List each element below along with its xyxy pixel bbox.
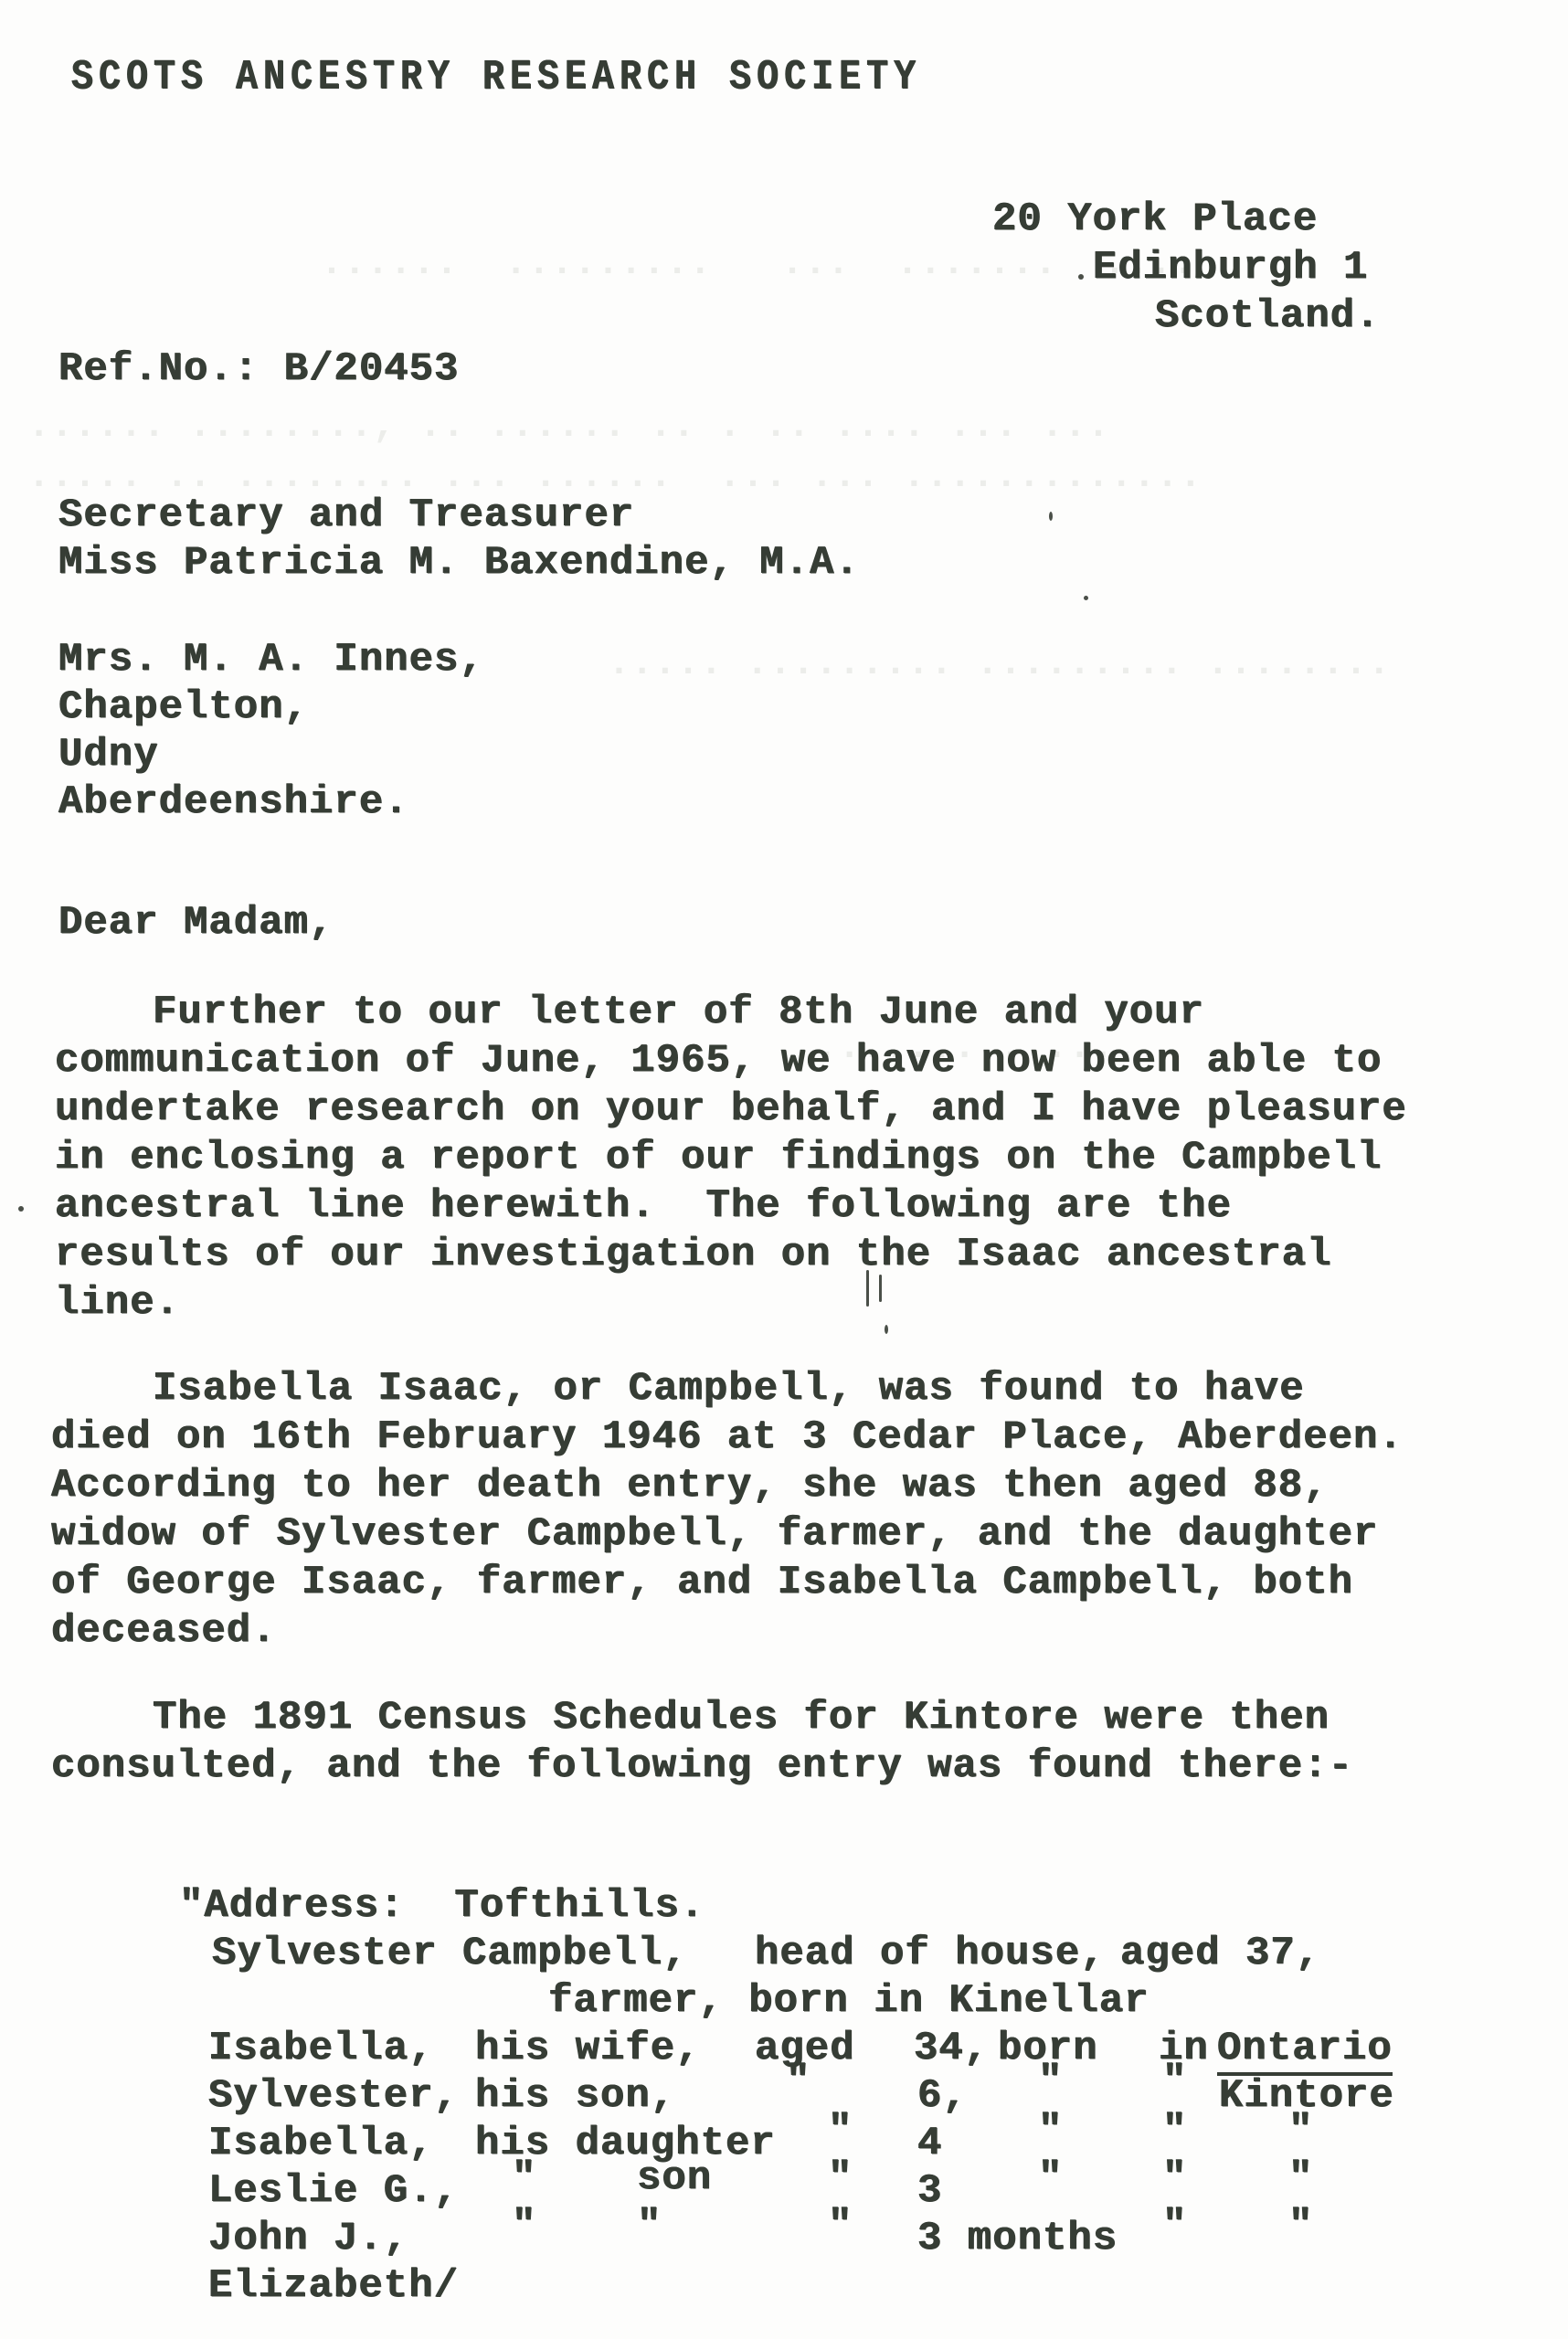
census-birthplace: Ontario <box>1217 2025 1393 2076</box>
paragraph-line: The 1891 Census Schedules for Kintore we… <box>27 1694 1330 1741</box>
census-name: Sylvester Campbell, <box>212 1930 688 1977</box>
census-ditto: " <box>1162 2107 1187 2154</box>
paragraph-line: communication of June, 1965, we have now… <box>55 1037 1382 1085</box>
census-ditto: " <box>828 2107 853 2154</box>
paragraph-line: died on 16th February 1946 at 3 Cedar Pl… <box>51 1413 1404 1461</box>
census-address: "Address: Tofthills. <box>179 1882 705 1930</box>
census-age: 3 <box>917 2167 942 2215</box>
census-relation: his son, <box>475 2072 675 2120</box>
census-name: Sylvester, <box>208 2072 459 2120</box>
census-name: Elizabeth/ <box>208 2262 459 2310</box>
paragraph-line: line. <box>55 1279 180 1327</box>
census-name: Isabella, <box>208 2120 434 2167</box>
census-age: aged 37, <box>1120 1930 1320 1977</box>
paragraph-line: Isabella Isaac, or Campbell, was found t… <box>27 1365 1305 1413</box>
census-relation: his wife, <box>475 2025 701 2072</box>
paragraph-line: consulted, and the following entry was f… <box>51 1742 1353 1790</box>
census-ditto: " <box>1162 2058 1187 2105</box>
paragraph-line: deceased. <box>51 1607 277 1655</box>
census-name: Isabella, <box>208 2025 434 2072</box>
officer-name: Miss Patricia M. Baxendine, M.A. <box>58 539 860 587</box>
paragraph-line: in enclosing a report of our findings on… <box>55 1134 1382 1181</box>
recipient-address-line-1: Chapelton, <box>58 683 309 731</box>
recipient-address-line-3: Aberdeenshire. <box>58 778 409 826</box>
census-ditto: " <box>1288 2107 1313 2154</box>
scan-speck <box>18 1206 24 1212</box>
paragraph-line: widow of Sylvester Campbell, farmer, and… <box>51 1510 1378 1558</box>
census-ditto: " <box>1162 2154 1187 2202</box>
letter-page: ...... ......... ... ....... .... ......… <box>0 0 1568 2339</box>
census-relation: " son <box>512 2154 712 2202</box>
salutation: Dear Madam, <box>58 899 334 947</box>
sender-address-line-2: Edinburgh 1 <box>1093 244 1368 291</box>
census-age: 6, <box>917 2072 968 2120</box>
paragraph-line: results of our investigation on the Isaa… <box>55 1231 1332 1278</box>
recipient-address-line-2: Udny <box>58 731 159 778</box>
census-ditto: " <box>1038 2154 1063 2202</box>
census-relation: " " <box>512 2202 662 2249</box>
officer-title: Secretary and Treasurer <box>58 492 634 539</box>
census-continuation: farmer, born in Kinellar <box>548 1977 1150 2025</box>
scan-speck <box>1049 512 1053 521</box>
census-ditto: " <box>786 2058 810 2105</box>
census-ditto: " <box>1288 2202 1313 2249</box>
census-age: 3 months <box>917 2215 1118 2262</box>
sender-address-line-1: 20 York Place <box>992 196 1318 243</box>
census-ditto: " <box>828 2154 853 2202</box>
sender-address-line-3: Scotland. <box>1155 292 1381 340</box>
paragraph-line: Further to our letter of 8th June and yo… <box>27 989 1204 1036</box>
reference-number: Ref.No.: B/20453 <box>58 345 459 393</box>
scan-speck <box>1078 274 1084 280</box>
scan-speck <box>866 1270 869 1307</box>
census-age: 4 <box>917 2120 942 2167</box>
paragraph-line: According to her death entry, she was th… <box>51 1462 1329 1509</box>
census-age: 34, <box>914 2025 989 2072</box>
census-name: Leslie G., <box>208 2167 459 2215</box>
scan-speck <box>879 1275 882 1302</box>
census-ditto: " <box>1038 2107 1063 2154</box>
census-relation: head of house, <box>755 1930 1106 1977</box>
census-ditto: " <box>1162 2202 1187 2249</box>
census-ditto: " <box>1288 2154 1313 2202</box>
paragraph-line: ancestral line herewith. The following a… <box>55 1182 1232 1230</box>
bleed-through-text: ...... ......... ... ....... .... <box>274 239 1218 287</box>
recipient-name: Mrs. M. A. Innes, <box>58 636 484 683</box>
census-ditto: " <box>828 2202 853 2249</box>
paragraph-line: undertake research on your behalf, and I… <box>55 1085 1407 1133</box>
bleed-through-text: ...... ........, .. ...... .. . .. .... … <box>27 402 1110 450</box>
scan-speck <box>885 1325 888 1334</box>
scan-speck <box>1084 596 1088 600</box>
census-ditto: " <box>1038 2058 1063 2105</box>
paragraph-line: of George Isaac, farmer, and Isabella Ca… <box>51 1559 1353 1606</box>
letterhead-organization: SCOTS ANCESTRY RESEARCH SOCIETY <box>71 51 921 106</box>
census-name: John J., <box>208 2215 408 2262</box>
